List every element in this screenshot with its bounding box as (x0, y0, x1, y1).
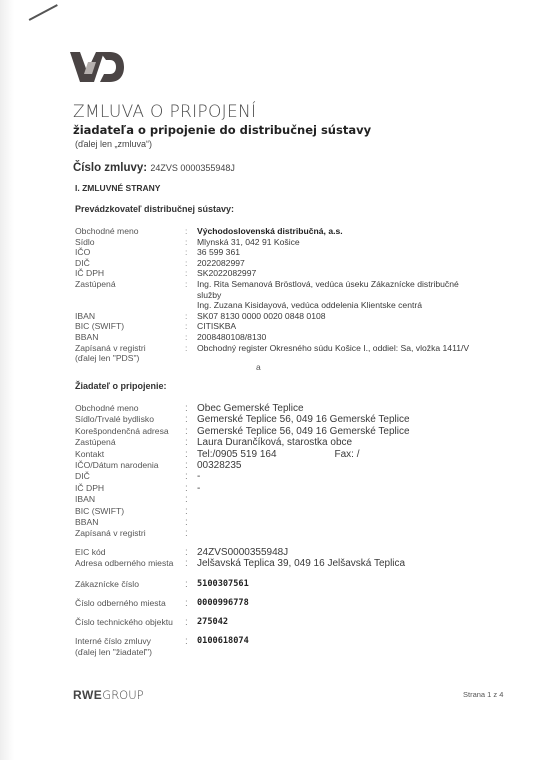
vsd-logo (70, 52, 124, 82)
operator-details: Obchodné meno:Východoslovenská distribuč… (75, 226, 469, 364)
operator-row-alias: (ďalej len "PDS") (75, 353, 469, 364)
applicant-heading: Žiadateľ o pripojenie: (75, 381, 166, 391)
applicant-row-contact: Kontakt:Tel:/0905 519 164Fax: / (75, 449, 410, 460)
operator-row-ico: IČO:36 599 361 (75, 247, 469, 258)
operator-row-dic: DIČ:2022082997 (75, 258, 469, 269)
subtitle-note: (ďalej len „zmluva“) (75, 139, 152, 149)
customer-number-row: Zákaznícke číslo:5100307561 (75, 579, 249, 590)
operator-row-name: Obchodné meno:Východoslovenská distribuč… (75, 226, 469, 237)
applicant-row-bban: BBAN: (75, 517, 410, 528)
operator-row-iban: IBAN:SK07 8130 0000 0020 0848 0108 (75, 311, 469, 322)
applicant-row-correspondence: Korešpondenčná adresa:Gemerské Teplice 5… (75, 426, 410, 437)
applicant-row-icdph: IČ DPH:- (75, 483, 410, 494)
applicant-row-name: Obchodné meno:Obec Gemerské Teplice (75, 403, 410, 414)
scan-edge-shadow (0, 0, 14, 760)
technical-object-row: Číslo technického objektu:275042 (75, 617, 228, 628)
operator-heading: Prevádzkovateľ distribučnej sústavy: (75, 204, 234, 214)
applicant-row-bic: BIC (SWIFT): (75, 506, 410, 517)
staple-mark (29, 4, 58, 20)
technical-object-block: Číslo technického objektu:275042 (75, 617, 228, 628)
delivery-point-block: Číslo odberného miesta:0000996778 (75, 598, 249, 609)
document-title: ZMLUVA O PRIPOJENÍ (73, 102, 256, 122)
operator-row-represented-cont: služby (75, 290, 469, 301)
fax: Fax: / (335, 449, 360, 460)
eic-row: EIC kód:24ZVS0000355948J (75, 547, 405, 558)
internal-contract-block: Interné číslo zmluvy:0100618074 (ďalej l… (75, 636, 249, 659)
applicant-details: Obchodné meno:Obec Gemerské Teplice Sídl… (75, 403, 410, 540)
address-row: Adresa odberného miesta:Jelšavská Teplic… (75, 558, 405, 569)
page-number: Strana 1 z 4 (463, 690, 503, 699)
delivery-point-details: EIC kód:24ZVS0000355948J Adresa odbernéh… (75, 547, 405, 570)
applicant-row-dic: DIČ:- (75, 471, 410, 482)
rwe-group-logo: RWEGROUP (73, 688, 144, 702)
internal-contract-row: Interné číslo zmluvy:0100618074 (75, 636, 249, 647)
contract-number-label: Číslo zmluvy: (73, 162, 147, 174)
internal-contract-note-row: (ďalej len "žiadateľ") (75, 647, 249, 658)
delivery-point-row: Číslo odberného miesta:0000996778 (75, 598, 249, 609)
operator-row-bic: BIC (SWIFT):CITISKBA (75, 321, 469, 332)
contract-number-value: 24ZVS 0000355948J (150, 163, 235, 173)
document-subtitle: žiadateľa o pripojenie do distribučnej s… (73, 123, 371, 137)
operator-row-seat: Sídlo:Mlynská 31, 042 91 Košice (75, 237, 469, 248)
operator-row-registry: Zapísaná v registri:Obchodný register Ok… (75, 343, 469, 354)
contract-number: Číslo zmluvy: 24ZVS 0000355948J (73, 162, 235, 174)
applicant-row-seat: Sídlo/Trvalé bydlisko:Gemerské Teplice 5… (75, 414, 410, 425)
applicant-row-iban: IBAN: (75, 494, 410, 505)
operator-row-bban: BBAN:2008480108/8130 (75, 332, 469, 343)
operator-row-represented: Zastúpená:Ing. Rita Semanová Bröstlová, … (75, 279, 469, 290)
applicant-row-registry: Zapísaná v registri: (75, 528, 410, 539)
operator-row-represented-2: Ing. Zuzana Kisidayová, vedúca oddelenia… (75, 300, 469, 311)
applicant-row-represented: Zastúpená:Laura Durančíková, starostka o… (75, 437, 410, 448)
applicant-row-ico: IČO/Dátum narodenia:00328235 (75, 460, 410, 471)
conjunction: a (256, 362, 261, 372)
operator-row-icdph: IČ DPH:SK2022082997 (75, 268, 469, 279)
section-heading: I. ZMLUVNÉ STRANY (75, 183, 160, 193)
customer-number-block: Zákaznícke číslo:5100307561 (75, 579, 249, 590)
